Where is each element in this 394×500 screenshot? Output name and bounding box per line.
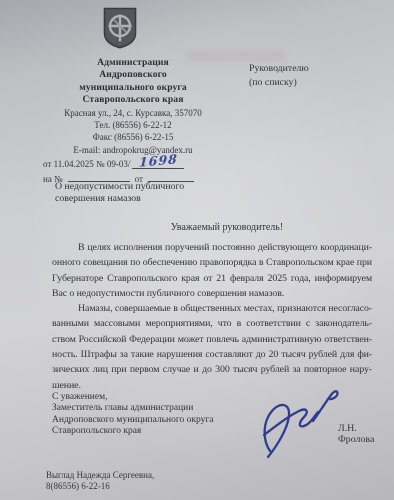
signer-title-line: Ставропольского края xyxy=(52,426,213,437)
body-line: ванными массовыми мероприятиями, что в с… xyxy=(52,316,372,331)
org-name-line: Андроповского xyxy=(28,69,238,81)
org-address: Красная ул., 24, с. Курсавка, 357070 xyxy=(28,108,238,119)
subject-line: совершения намазов xyxy=(55,193,184,205)
org-name-line: Администрация xyxy=(28,57,238,69)
letter-photo: Администрация Андроповского муниципально… xyxy=(0,0,394,500)
recipient-line: (по списку) xyxy=(249,76,309,90)
body-line: Губернаторе Ставропольского края от 21 ф… xyxy=(52,271,372,286)
signer-title-line: Заместитель главы администрации xyxy=(52,403,213,414)
handwritten-signature xyxy=(260,388,342,462)
org-fax: Факс (86556) 6-22-15 xyxy=(28,132,238,143)
signature-block: С уважением, Заместитель главы администр… xyxy=(52,392,213,437)
org-name-line: Ставропольского края xyxy=(28,94,238,106)
body-line: В целях исполнения поручений постоянно д… xyxy=(52,240,372,255)
executor-name: Выглад Надежда Сергеевна, xyxy=(46,470,154,481)
outgoing-ref-prefix: от 11.04.2025 № 09-03/ xyxy=(43,159,130,169)
subject-line: О недопустимости публичного xyxy=(55,181,184,193)
body-line: онного совещания по обеспечению правопор… xyxy=(52,255,372,270)
letter-body: В целях исполнения поручений постоянно д… xyxy=(52,240,372,393)
signer-title-line: Андроповского муниципального округа xyxy=(52,415,213,426)
letterhead: Администрация Андроповского муниципально… xyxy=(28,57,238,185)
executor-block: Выглад Надежда Сергеевна, 8(86556) 6-22-… xyxy=(46,470,154,492)
body-line: Вас о недопустимости публичного совершен… xyxy=(52,286,372,301)
signature-closing: С уважением, xyxy=(52,392,213,403)
executor-phone: 8(86556) 6-22-16 xyxy=(46,481,154,492)
outgoing-number-underline: 1698 xyxy=(132,157,184,169)
body-line: Намазы, совершаемые в общественных места… xyxy=(52,301,372,316)
recipient-block: Руководителю (по списку) xyxy=(249,62,309,89)
signer-name: Л.Н. Фролова xyxy=(338,423,394,445)
outgoing-ref-line: от 11.04.2025 № 09-03/1698 xyxy=(28,157,238,171)
org-email: E-mail: andropokrug@yandex.ru xyxy=(28,145,238,156)
body-line: ность. Штрафы за такие нарушения составл… xyxy=(52,347,372,362)
subject-block: О недопустимости публичного совершения н… xyxy=(55,181,184,206)
recipient-line: Руководителю xyxy=(249,62,309,76)
org-name-line: муниципального округа xyxy=(28,82,238,94)
org-phone: Тел. (86556) 6-22-12 xyxy=(28,120,238,131)
body-line: ством Российской Федерации может повлечь… xyxy=(52,332,372,347)
coat-of-arms-icon xyxy=(103,7,137,49)
handwritten-outgoing-number: 1698 xyxy=(139,154,178,170)
body-line: зических лиц при первом случае и до 300 … xyxy=(52,362,372,377)
salutation: Уважаемый руководитель! xyxy=(62,222,392,233)
